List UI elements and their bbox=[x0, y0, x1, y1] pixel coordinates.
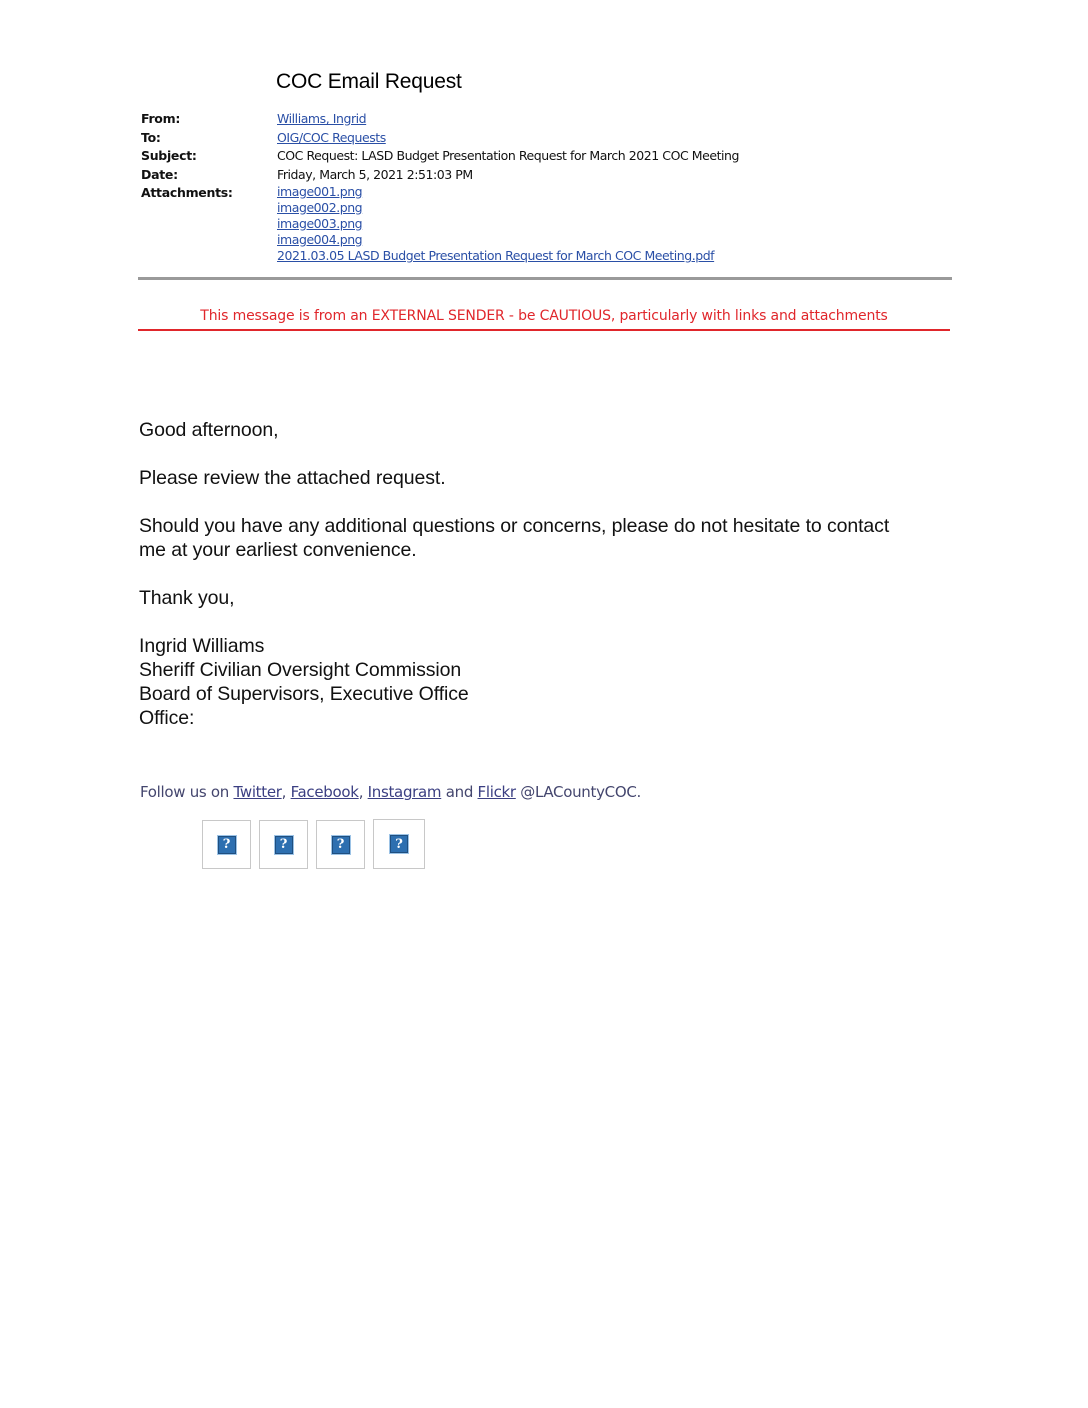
flickr-link[interactable]: Flickr bbox=[478, 783, 516, 801]
subject-label: Subject: bbox=[141, 147, 277, 166]
social-handle: @LACountyCOC. bbox=[516, 783, 641, 801]
greeting: Good afternoon, bbox=[139, 418, 939, 442]
facebook-link[interactable]: Facebook bbox=[291, 783, 359, 801]
message-body: Good afternoon, Please review the attach… bbox=[139, 418, 939, 730]
social-follow-line: Follow us on Twitter, Facebook, Instagra… bbox=[140, 783, 641, 801]
body-line-convenience: me at your earliest convenience. bbox=[139, 539, 417, 561]
attachment-link-pdf[interactable]: 2021.03.05 LASD Budget Presentation Requ… bbox=[277, 248, 714, 264]
subject-value: COC Request: LASD Budget Presentation Re… bbox=[277, 147, 739, 166]
body-line-review: Please review the attached request. bbox=[139, 466, 939, 490]
broken-image-icon: ? bbox=[331, 835, 351, 855]
twitter-link[interactable]: Twitter bbox=[233, 783, 281, 801]
broken-image-icon: ? bbox=[217, 835, 237, 855]
external-sender-warning: This message is from an EXTERNAL SENDER … bbox=[138, 308, 950, 324]
header-divider bbox=[138, 277, 952, 280]
from-link[interactable]: Williams, Ingrid bbox=[277, 110, 366, 129]
email-printout-page: COC Email Request From: Williams, Ingrid… bbox=[0, 0, 1088, 1408]
to-row: To: OIG/COC Requests bbox=[141, 129, 961, 148]
social-icon-twitter[interactable]: ? bbox=[202, 820, 251, 869]
body-line-questions: Should you have any additional questions… bbox=[139, 515, 889, 537]
body-paragraph-questions: Should you have any additional questions… bbox=[139, 514, 939, 562]
email-header: From: Williams, Ingrid To: OIG/COC Reque… bbox=[141, 110, 961, 264]
instagram-link[interactable]: Instagram bbox=[368, 783, 442, 801]
date-row: Date: Friday, March 5, 2021 2:51:03 PM bbox=[141, 166, 961, 185]
signature-org: Sheriff Civilian Oversight Commission bbox=[139, 658, 939, 682]
subject-row: Subject: COC Request: LASD Budget Presen… bbox=[141, 147, 961, 166]
separator: , bbox=[282, 783, 291, 801]
signature-department: Board of Supervisors, Executive Office bbox=[139, 682, 939, 706]
separator: and bbox=[441, 783, 477, 801]
social-icon-facebook[interactable]: ? bbox=[259, 820, 308, 869]
from-row: From: Williams, Ingrid bbox=[141, 110, 961, 129]
follow-prefix: Follow us on bbox=[140, 783, 233, 801]
attachment-link[interactable]: image002.png bbox=[277, 200, 714, 216]
broken-image-icon: ? bbox=[274, 835, 294, 855]
from-label: From: bbox=[141, 110, 277, 129]
attachments-label: Attachments: bbox=[141, 184, 277, 264]
attachments-row: Attachments: image001.png image002.png i… bbox=[141, 184, 961, 264]
signature-block: Ingrid Williams Sheriff Civilian Oversig… bbox=[139, 634, 939, 730]
social-icons: ? ? ? ? bbox=[202, 820, 433, 869]
date-label: Date: bbox=[141, 166, 277, 185]
signature-office: Office: bbox=[139, 706, 939, 730]
signature-name: Ingrid Williams bbox=[139, 634, 939, 658]
attachment-link[interactable]: image001.png bbox=[277, 184, 714, 200]
attachment-link[interactable]: image004.png bbox=[277, 232, 714, 248]
closing: Thank you, bbox=[139, 586, 939, 610]
to-label: To: bbox=[141, 129, 277, 148]
warning-underline bbox=[138, 329, 950, 331]
separator: , bbox=[359, 783, 368, 801]
social-icon-flickr[interactable]: ? bbox=[373, 819, 425, 869]
social-icon-instagram[interactable]: ? bbox=[316, 820, 365, 869]
attachments-list: image001.png image002.png image003.png i… bbox=[277, 184, 714, 264]
to-link[interactable]: OIG/COC Requests bbox=[277, 129, 386, 148]
date-value: Friday, March 5, 2021 2:51:03 PM bbox=[277, 166, 473, 185]
broken-image-icon: ? bbox=[389, 834, 409, 854]
page-title: COC Email Request bbox=[276, 70, 462, 94]
attachment-link[interactable]: image003.png bbox=[277, 216, 714, 232]
